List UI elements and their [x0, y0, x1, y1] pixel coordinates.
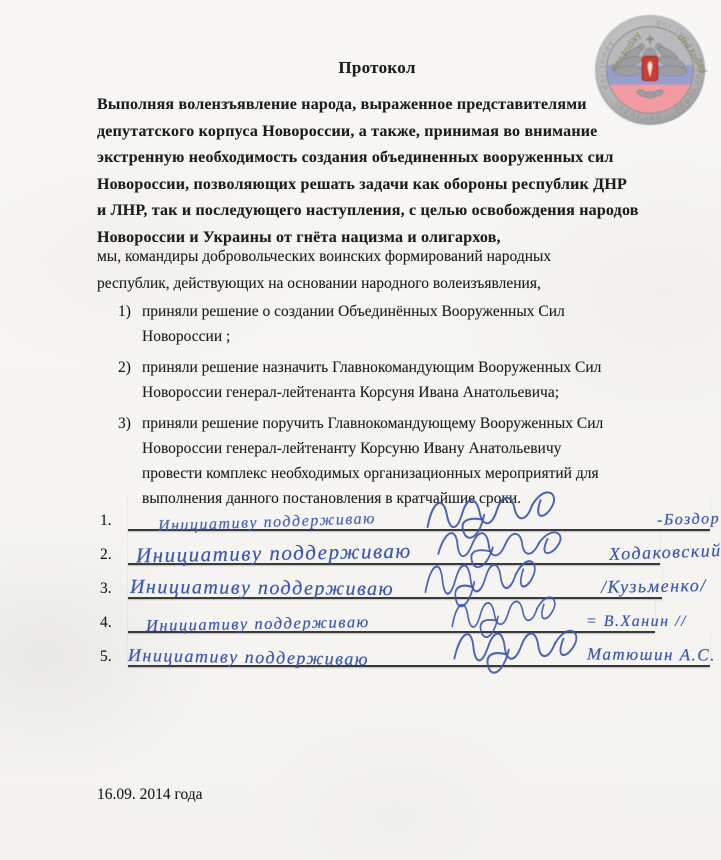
preamble-line: и ЛНР, так и последующего наступления, с… — [97, 198, 639, 225]
signature-line: Инициативу поддерживаю Ходаковский — [128, 529, 660, 565]
intro-line: республик, действующих на основании наро… — [97, 271, 551, 298]
signature-name: Ходаковский — [609, 540, 721, 565]
signature-number: 4. — [100, 614, 128, 633]
resolution-line: приняли решение назначить Главнокомандую… — [142, 355, 601, 380]
document-date: 16.09. 2014 года — [97, 786, 203, 804]
preamble-line: депутатского корпуса Новороссии, а также… — [97, 119, 639, 146]
resolution-line: приняли решение поручить Главнокомандующ… — [142, 411, 603, 436]
resolution-text: приняли решение о создании Объединённых … — [142, 299, 565, 349]
preamble-line: Новороссии, позволяющих решать задачи ка… — [97, 172, 639, 199]
preamble-line: экстренную необходимость создания объеди… — [97, 145, 639, 172]
resolution-number: 1) — [118, 299, 142, 349]
signature-name: /Кузьменко/ — [601, 575, 707, 598]
resolution-line: Новороссии генерал-лейтенанта Корсуня Ив… — [142, 380, 601, 405]
resolution-number: 2) — [118, 355, 142, 405]
signatures-block: 1. Инициативу поддерживаю -Боздор 2. Ини… — [100, 497, 710, 667]
signature-name: -Боздор — [657, 510, 721, 530]
signature-number: 1. — [100, 512, 128, 531]
document-title: Протокол — [97, 58, 657, 78]
resolutions-list: 1) приняли решение о создании Объединённ… — [118, 299, 603, 517]
signature-row: 1. Инициативу поддерживаю -Боздор — [100, 497, 710, 531]
resolution-line: провести комплекс необходимых организаци… — [142, 461, 603, 486]
signature-handwriting: Инициативу поддерживаю — [128, 645, 369, 670]
signature-row: 4. Инициативу поддерживаю = В.Ханин // — [100, 599, 710, 633]
resolution-line: Новороссии генерал-лейтенанту Корсуню Ив… — [142, 436, 603, 461]
signature-number: 2. — [100, 546, 128, 565]
scanned-protocol-document: dnr.today · dnr.today · dnr.today · dnr.… — [0, 0, 721, 860]
signature-number: 5. — [100, 648, 128, 667]
signature-number: 3. — [100, 580, 128, 599]
resolution-item: 1) приняли решение о создании Объединённ… — [118, 299, 603, 349]
preamble-paragraph: Выполняя волензъявление народа, выраженн… — [97, 92, 639, 251]
signature-name: Матюшин А.С. — [587, 644, 716, 665]
signature-row: 5. Инициативу поддерживаю Матюшин А.С. — [100, 633, 710, 667]
resolution-text: приняли решение назначить Главнокомандую… — [142, 355, 601, 405]
resolution-item: 2) приняли решение назначить Главнокоман… — [118, 355, 603, 405]
signature-row: 3. Инициативу поддерживаю /Кузьменко/ — [100, 565, 710, 599]
intro-paragraph: мы, командиры добровольческих воинских ф… — [97, 244, 551, 297]
resolution-line: Новороссии ; — [142, 324, 565, 349]
resolution-line: приняли решение о создании Объединённых … — [142, 299, 565, 324]
signature-line: Инициативу поддерживаю Матюшин А.С. — [128, 631, 710, 667]
preamble-line: Выполняя волензъявление народа, выраженн… — [97, 92, 639, 119]
intro-line: мы, командиры добровольческих воинских ф… — [97, 244, 551, 271]
